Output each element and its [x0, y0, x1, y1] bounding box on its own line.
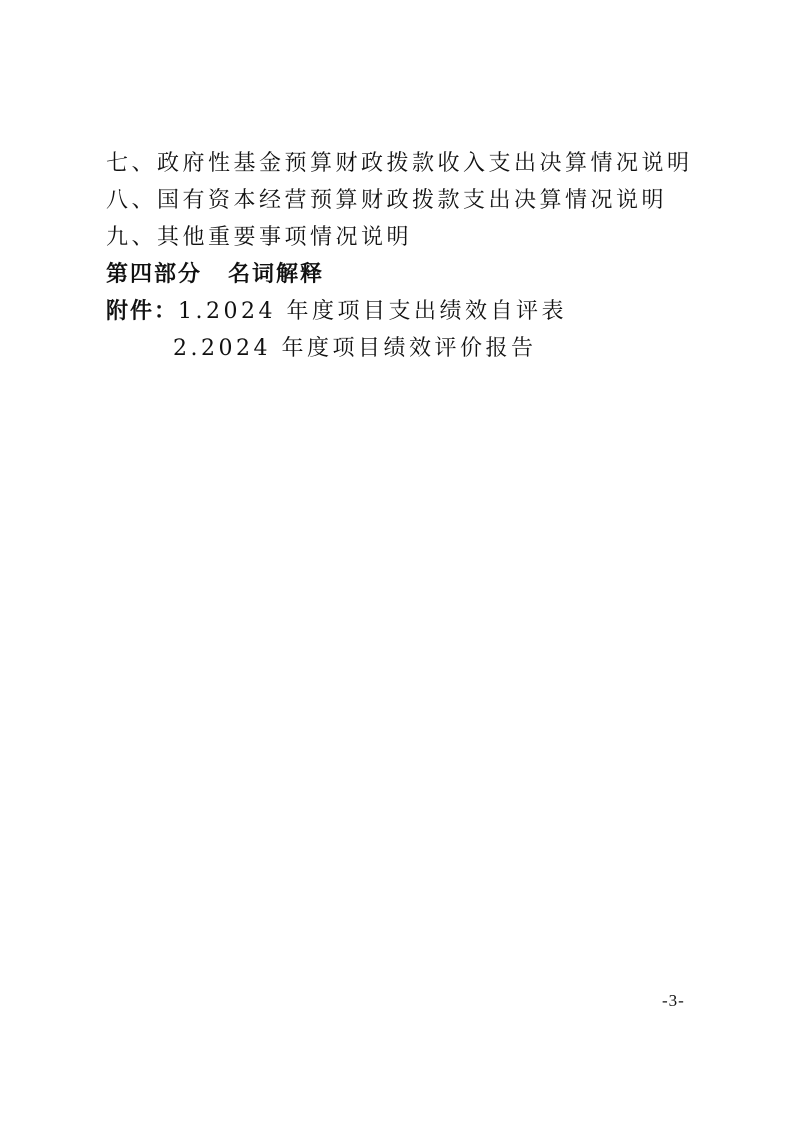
attachment-item: 1.2024 年度项目支出绩效自评表 [178, 299, 567, 324]
attachments-label: 附件： [106, 299, 178, 324]
part-number: 第四部分 [106, 262, 202, 287]
page-number: -3- [662, 991, 685, 1011]
toc-item-8: 八、国有资本经营预算财政拨款支出决算情况说明 [106, 188, 667, 214]
toc-item-number: 七、 [106, 151, 157, 176]
attachment-line-2: 2.2024 年度项目绩效评价报告 [173, 336, 536, 362]
toc-item-7: 七、政府性基金预算财政拨款收入支出决算情况说明 [106, 151, 693, 177]
toc-item-number: 九、 [106, 225, 157, 250]
toc-item-text: 政府性基金预算财政拨款收入支出决算情况说明 [157, 151, 693, 176]
toc-item-9: 九、其他重要事项情况说明 [106, 225, 412, 251]
attachment-item: 2.2024 年度项目绩效评价报告 [173, 336, 536, 361]
part-title: 名词解释 [228, 262, 324, 287]
attachment-line-1: 附件：1.2024 年度项目支出绩效自评表 [106, 299, 567, 325]
toc-item-number: 八、 [106, 188, 157, 213]
toc-item-text: 其他重要事项情况说明 [157, 225, 412, 250]
toc-item-text: 国有资本经营预算财政拨款支出决算情况说明 [157, 188, 667, 213]
part-heading: 第四部分名词解释 [106, 262, 324, 288]
